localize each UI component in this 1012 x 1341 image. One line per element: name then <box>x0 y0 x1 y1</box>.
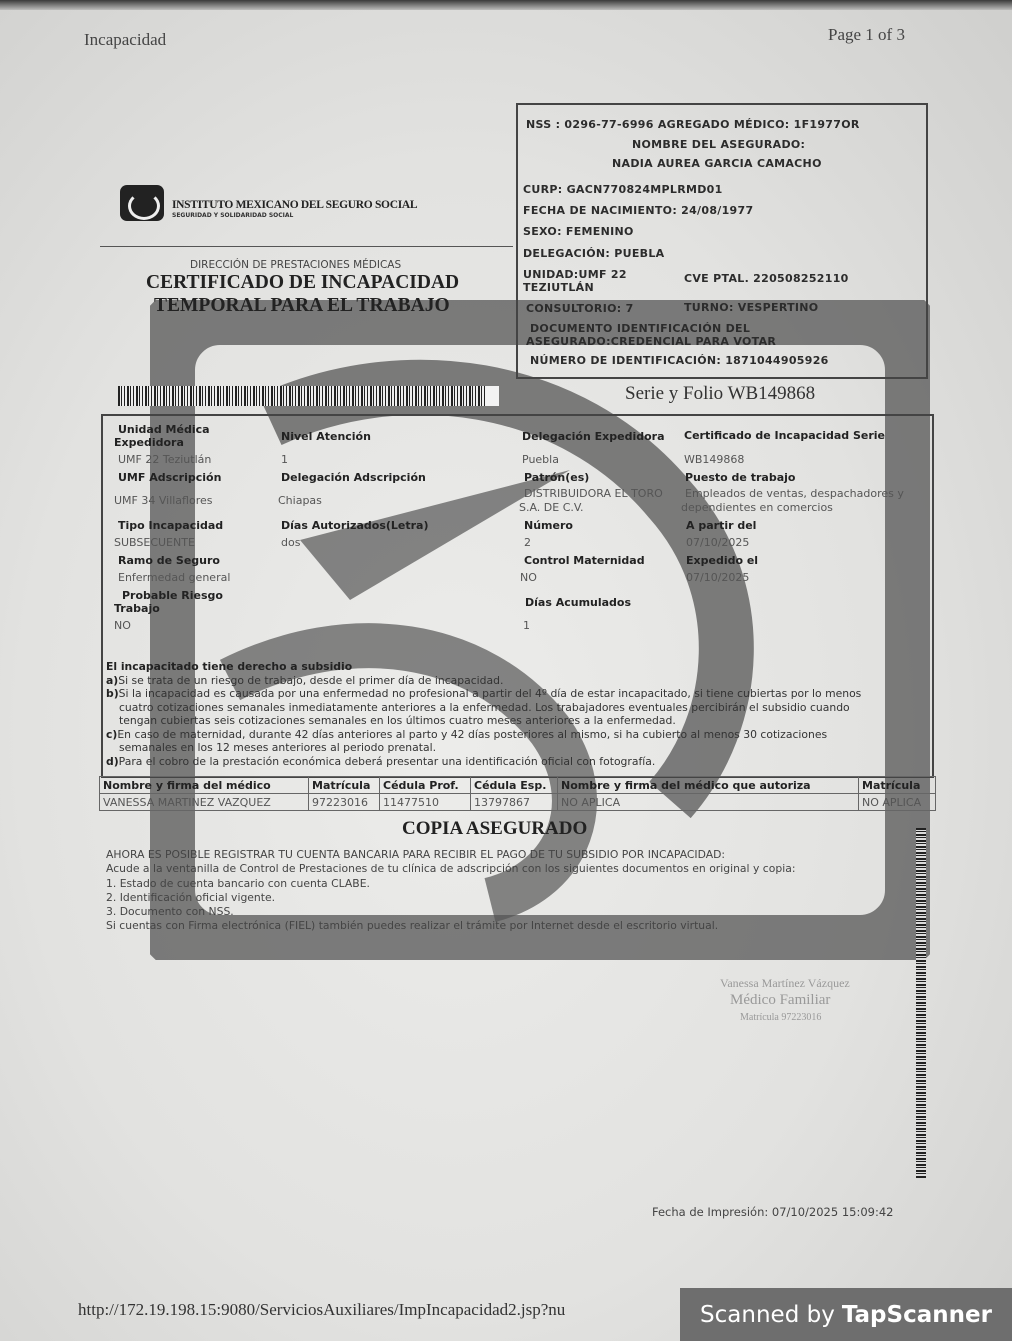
patrones-value2: S.A. DE C.V. <box>519 501 584 515</box>
doctors-table-header: Nombre y firma del médico Matrícula Cédu… <box>100 777 936 794</box>
unit-line2: TEZIUTLÁN <box>523 281 594 294</box>
nss-line: NSS : 0296-77-6996 AGREGADO MÉDICO: 1F19… <box>526 118 860 131</box>
unit-line1: UNIDAD:UMF 22 <box>523 268 627 281</box>
scanner-brand: TapScanner <box>842 1302 992 1328</box>
curp: CURP: GACN770824MPLRMD01 <box>523 183 723 196</box>
institution-tagline: SEGURIDAD Y SOLIDARIDAD SOCIAL <box>172 212 293 219</box>
expedido-value: 07/10/2025 <box>686 571 749 585</box>
numero-value: 2 <box>524 536 531 550</box>
cedula-prof: 11477510 <box>380 794 471 811</box>
id-document-line1: DOCUMENTO IDENTIFICACIÓN DEL <box>530 322 750 335</box>
table-row: VANESSA MARTINEZ VAZQUEZ 97223016 114775… <box>100 794 936 811</box>
serie-folio: Serie y Folio WB149868 <box>625 383 815 405</box>
bank-account-info: AHORA ES POSIBLE REGISTRAR TU CUENTA BAN… <box>106 848 795 934</box>
ramo-seguro-value: Enfermedad general <box>118 571 230 585</box>
certificado-serie-label: Certificado de Incapacidad Serie <box>684 429 885 442</box>
tipo-incapacidad-label: Tipo Incapacidad <box>118 519 223 532</box>
page-indicator: Page 1 of 3 <box>828 25 905 45</box>
dias-acumulados-label: Días Acumulados <box>525 596 631 609</box>
id-document-line2: ASEGURADO:CREDENCIAL PARA VOTAR <box>526 335 776 348</box>
delegacion-expedidora-label: Delegación Expedidora <box>522 430 665 443</box>
control-maternidad-value: NO <box>520 571 537 585</box>
copy-label: COPIA ASEGURADO <box>402 818 587 840</box>
unidad-expedidora-label: Unidad Médica <box>118 423 210 436</box>
a-partir-value: 07/10/2025 <box>686 536 749 550</box>
certificate-title: CERTIFICADO DE INCAPACIDAD <box>146 272 459 294</box>
page-header-title: Incapacidad <box>84 30 166 50</box>
insured-name: NADIA AUREA GARCIA CAMACHO <box>612 157 822 170</box>
unidad-expedidora-value: UMF 22 Teziutlán <box>118 453 211 467</box>
subsidy-item-b: Si la incapacidad es causada por una enf… <box>119 687 862 700</box>
scan-edge-shadow <box>0 0 1012 10</box>
doctor-stamp: Vanessa Martínez Vázquez Médico Familiar… <box>700 975 850 1026</box>
sex: SEXO: FEMENINO <box>523 225 634 238</box>
institution-name: INSTITUTO MEXICANO DEL SEGURO SOCIAL <box>172 199 417 211</box>
numero-label: Número <box>524 519 573 532</box>
shift: TURNO: VESPERTINO <box>684 301 818 314</box>
riesgo-trabajo-label: Probable Riesgo <box>122 589 223 602</box>
nivel-atencion-label: Nivel Atención <box>281 430 371 443</box>
certificado-serie-value: WB149868 <box>684 453 744 467</box>
delegacion-expedidora-value: Puebla <box>522 453 559 467</box>
riesgo-trabajo-label2: Trabajo <box>114 602 160 615</box>
authorizing-matricula: NO APLICA <box>859 794 936 811</box>
dias-acumulados-value: 1 <box>523 619 530 633</box>
delegation: DELEGACIÓN: PUEBLA <box>523 247 664 260</box>
cve-ptal: CVE PTAL. 220508252110 <box>684 272 849 285</box>
puesto-value: Empleados de ventas, despachadores y <box>685 487 904 501</box>
patrones-label: Patrón(es) <box>524 471 589 484</box>
doctor-matricula: 97223016 <box>309 794 380 811</box>
ramo-seguro-label: Ramo de Seguro <box>118 554 220 567</box>
scanner-badge: Scanned byTapScanner <box>680 1288 1012 1341</box>
footer-url: http://172.19.198.15:9080/ServiciosAuxil… <box>78 1300 680 1320</box>
subsidy-item-c: En caso de maternidad, durante 42 días a… <box>117 728 827 741</box>
delegacion-adscripcion-label: Delegación Adscripción <box>281 471 426 484</box>
umf-adscripcion-label: UMF Adscripción <box>118 471 221 484</box>
nivel-atencion-value: 1 <box>281 453 288 467</box>
subsidy-item-a: Si se trata de un riesgo de trabajo, des… <box>118 674 503 687</box>
subsidy-item-d: Para el cobro de la prestación económica… <box>119 755 656 768</box>
unidad-expedidora-label2: Expedidora <box>114 436 184 449</box>
side-barcode <box>916 828 926 1178</box>
control-maternidad-label: Control Maternidad <box>524 554 645 567</box>
dias-autorizados-value: dos <box>281 536 300 550</box>
subsidy-heading: El incapacitado tiene derecho a subsidio <box>106 660 352 673</box>
id-number: NÚMERO DE IDENTIFICACIÓN: 1871044905926 <box>530 354 829 367</box>
direction-label: DIRECCIÓN DE PRESTACIONES MÉDICAS <box>190 259 401 271</box>
print-date: Fecha de Impresión: 07/10/2025 15:09:42 <box>652 1205 893 1219</box>
puesto-label: Puesto de trabajo <box>685 471 795 484</box>
doctors-table: Nombre y firma del médico Matrícula Cédu… <box>99 776 936 811</box>
birth-date: FECHA DE NACIMIENTO: 24/08/1977 <box>523 204 753 217</box>
authorizing-doctor: NO APLICA <box>558 794 859 811</box>
insured-name-label: NOMBRE DEL ASEGURADO: <box>632 138 805 151</box>
puesto-value2: dependientes en comercios <box>681 501 833 515</box>
office: CONSULTORIO: 7 <box>526 302 634 315</box>
barcode <box>118 386 496 406</box>
certificate-subtitle: TEMPORAL PARA EL TRABAJO <box>154 295 450 317</box>
patrones-value: DISTRIBUIDORA EL TORO <box>524 487 663 501</box>
dias-autorizados-label: Días Autorizados(Letra) <box>281 519 429 532</box>
subsidy-rights-text: El incapacitado tiene derecho a subsidio… <box>106 660 926 768</box>
doctor-name: VANESSA MARTINEZ VAZQUEZ <box>100 794 309 811</box>
header-divider <box>100 246 513 247</box>
barcode-quiet-zone <box>485 386 499 406</box>
riesgo-trabajo-value: NO <box>114 619 131 633</box>
delegacion-adscripcion-value: Chiapas <box>278 494 322 508</box>
imss-logo-icon <box>120 185 164 221</box>
expedido-label: Expedido el <box>686 554 758 567</box>
tipo-incapacidad-value: SUBSECUENTE <box>114 536 195 550</box>
umf-adscripcion-value: UMF 34 Villaflores <box>114 494 213 508</box>
a-partir-label: A partir del <box>686 519 756 532</box>
cedula-esp: 13797867 <box>471 794 558 811</box>
